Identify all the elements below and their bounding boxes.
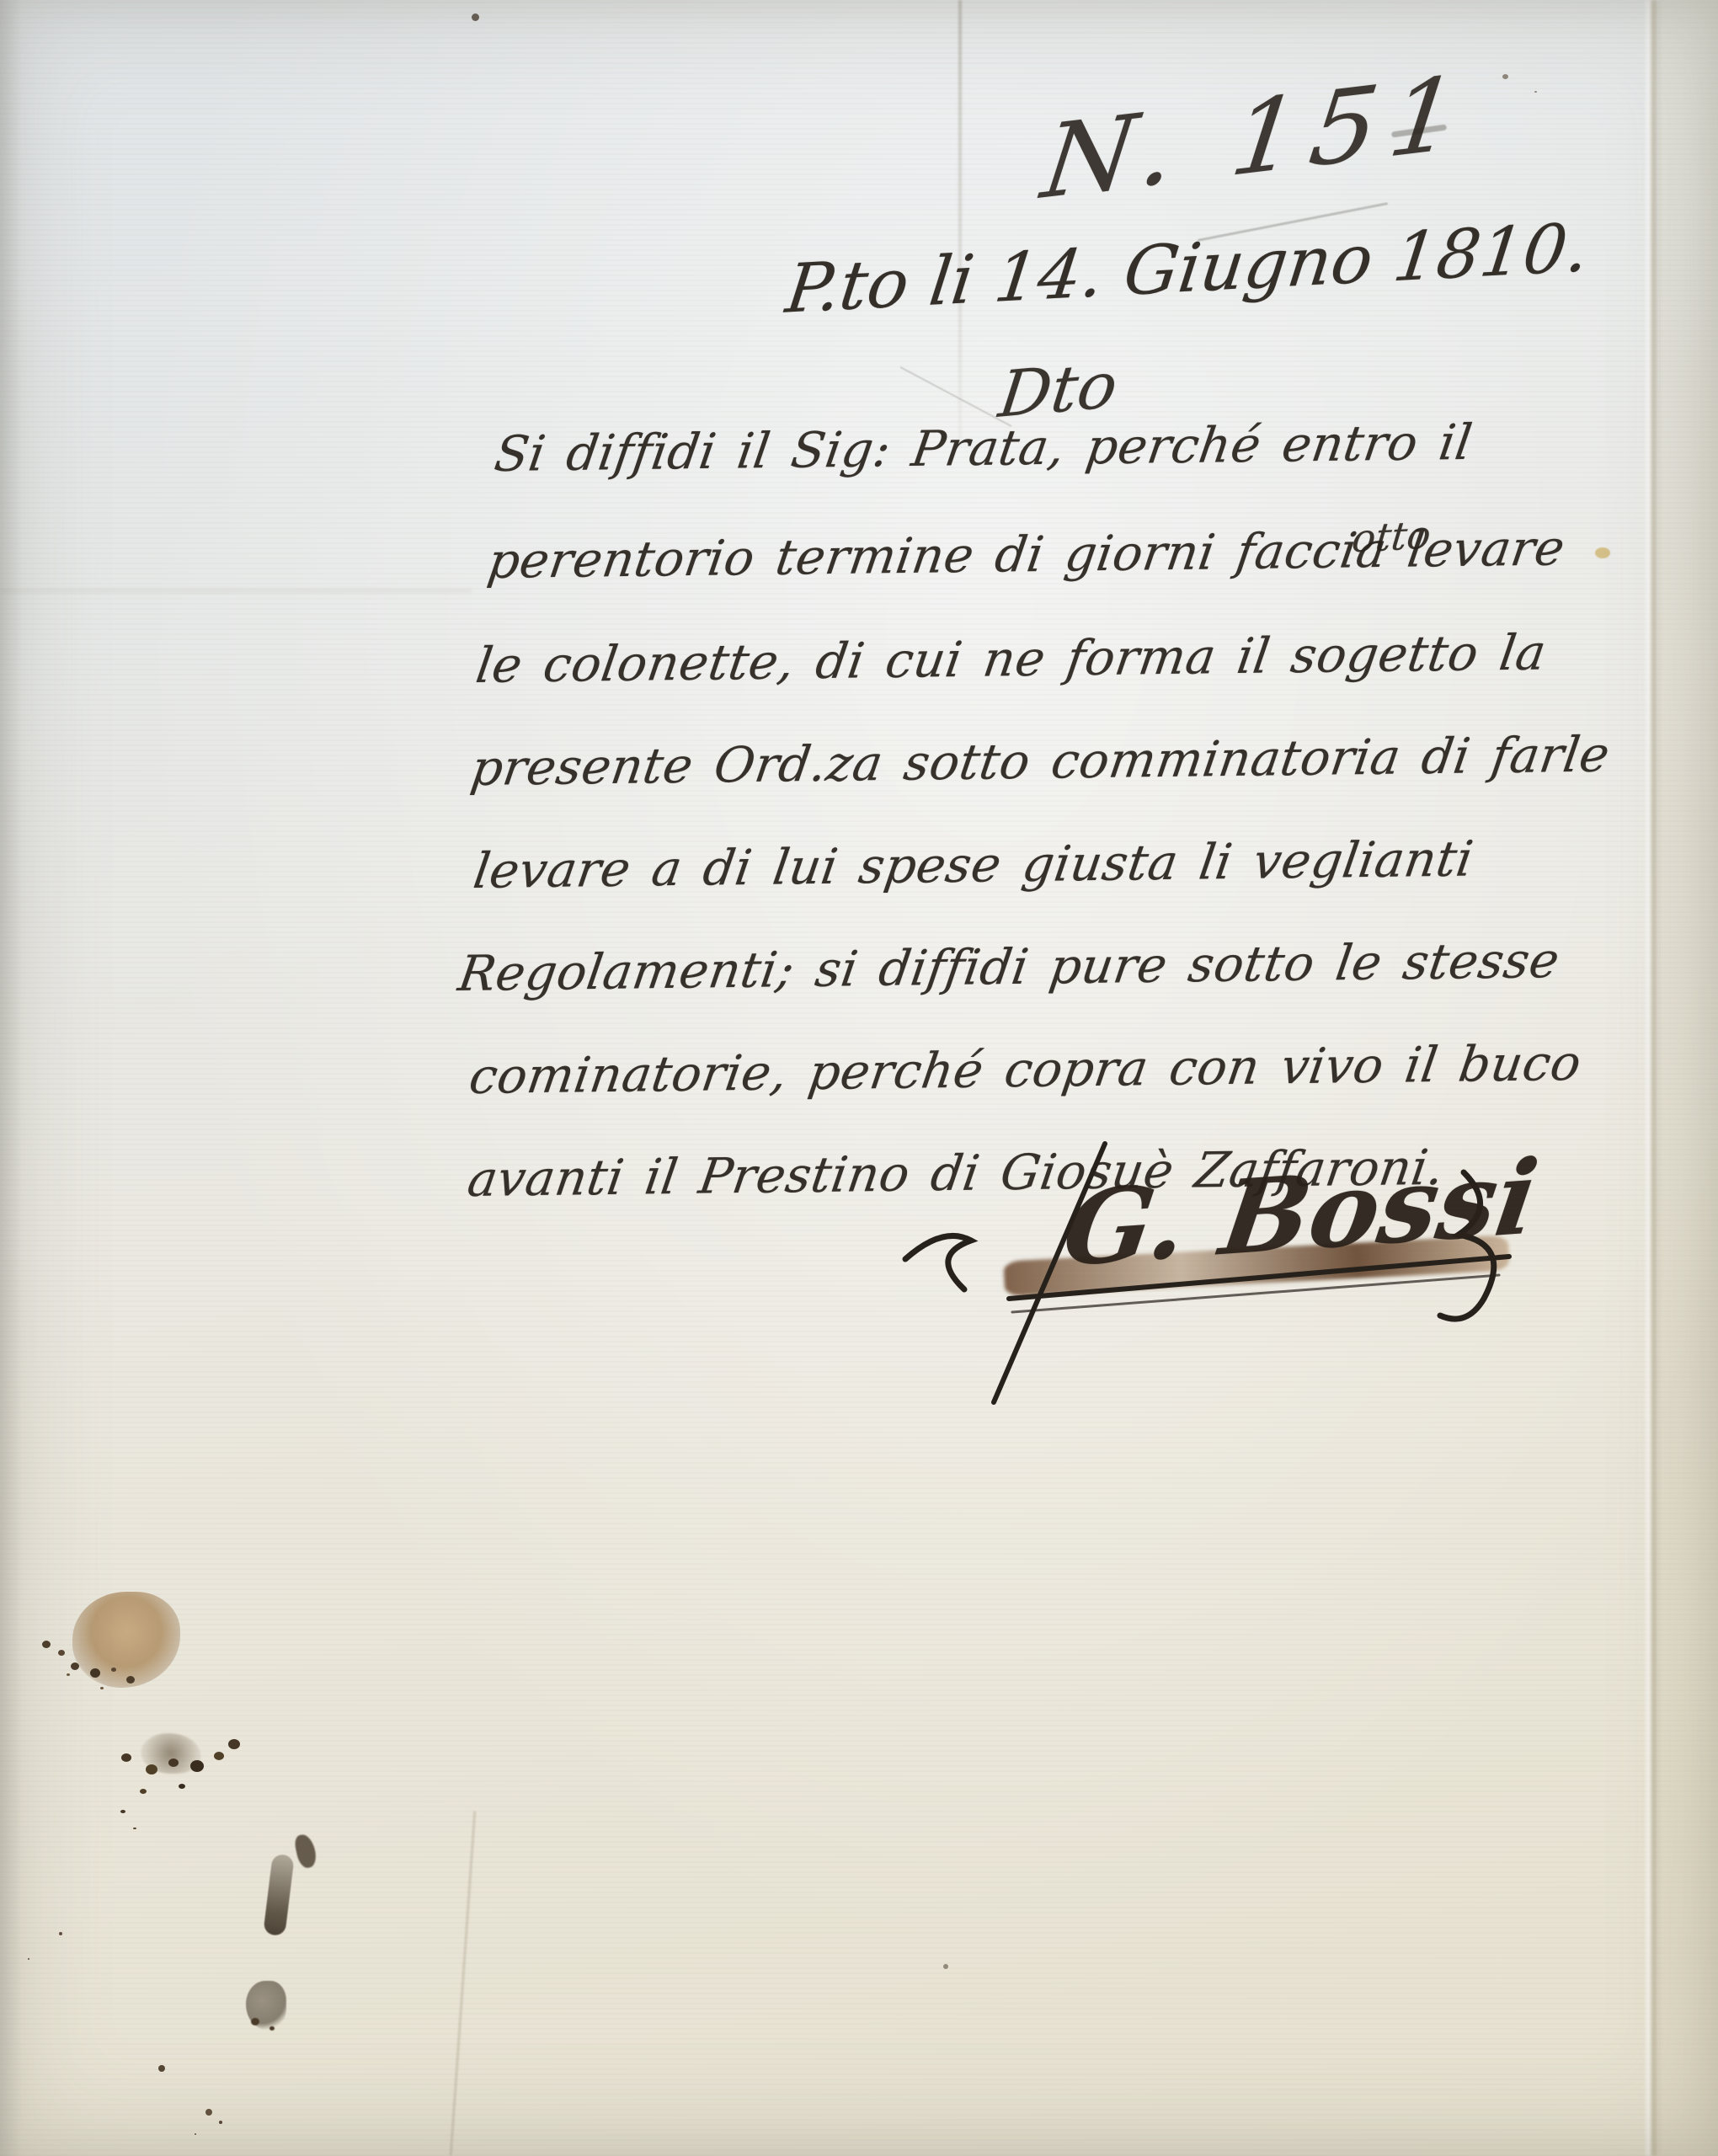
ink-stain [116,1716,285,1834]
manuscript-photo: { "document": { "kind": "handwritten let… [0,0,1718,2156]
ink-specks [158,2065,165,2072]
ink-stain [72,1592,180,1688]
pencil-stroke [899,366,1011,427]
ink-speck [472,13,479,21]
archive-number: N. 151 [1036,52,1476,221]
ink-speck [1502,74,1508,79]
body-line: perentorio termine di giorni faccia leva… [484,519,1569,590]
fold-crease-mid-left [0,590,472,592]
fold-crease-top-center [958,0,962,446]
ink-stain [263,1854,295,1936]
body-line: levare a di lui spese giusta li vegliant… [470,830,1477,899]
body-line: Regolamenti; si diffidi pure sotto le st… [455,931,1563,1002]
body-line: presente Ord.za sotto comminatoria di fa… [467,726,1614,797]
left-edge-shading [0,0,22,2156]
dateline: P.to li 14. Giugno 1810. [782,208,1593,328]
fold-crease-bottom-left [450,1811,477,2155]
fold-crease-right [1644,0,1661,2156]
ink-stain [293,1833,318,1870]
ink-stain [246,1981,286,2030]
right-margin-tone [1659,0,1718,2156]
wax-speck [1595,547,1610,558]
body-line: le colonette, di cui ne forma il sogetto… [472,624,1550,694]
body-line: cominatorie, perché copra con vivo il bu… [466,1034,1585,1105]
ink-speck [943,1964,948,1969]
body-line: Si diffidi il Sig: Prata, perché entro i… [491,414,1476,483]
